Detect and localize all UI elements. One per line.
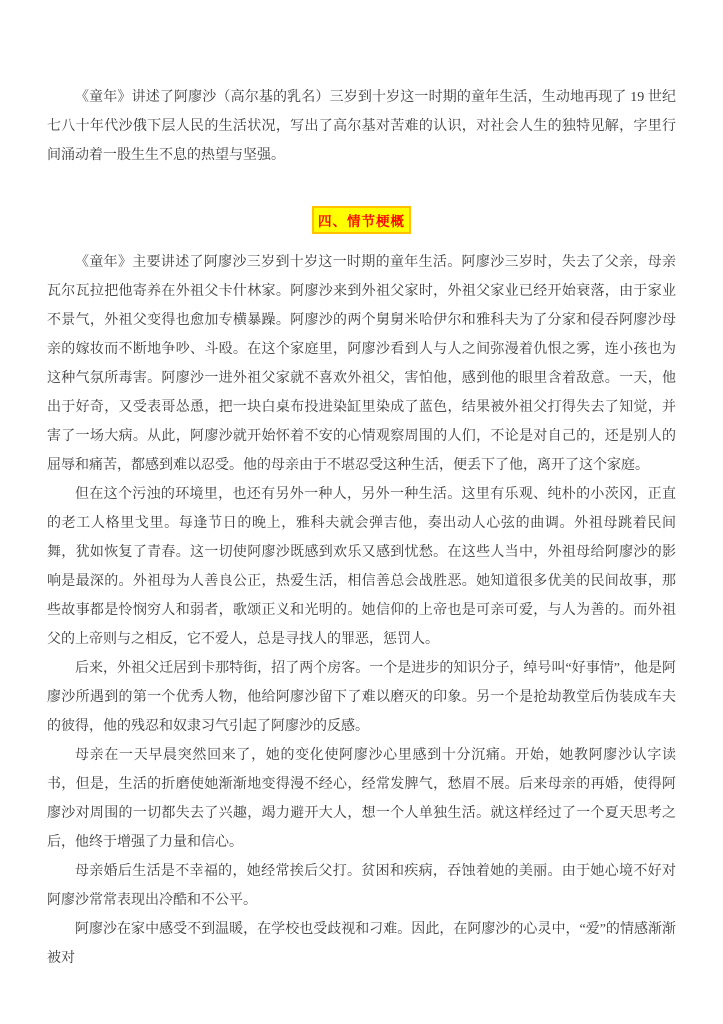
plot-paragraph-mother-marriage: 母亲婚后生活是不幸福的，她经常挨后父打。贫困和疾病，吞蚀着她的美丽。由于她心境不… [47, 857, 676, 915]
plot-paragraph-mother-returns: 母亲在一天早晨突然回来了，她的变化使阿廖沙心里感到十分沉痛。开始，她教阿廖沙认字… [47, 741, 676, 857]
document-page: 《童年》讲述了阿廖沙（高尔基的乳名）三岁到十岁这一时期的童年生活，生动地再现了 … [0, 0, 723, 1024]
section-heading: 四、情节梗概 [312, 206, 411, 234]
section-heading-row: 四、情节梗概 [47, 206, 676, 234]
plot-paragraph-school: 阿廖沙在家中感受不到温暖，在学校也受歧视和刁难。因此，在阿廖沙的心灵中，“爱”的… [47, 915, 676, 973]
plot-paragraph-other-life: 但在这个污浊的环境里，也还有另外一种人，另外一种生活。这里有乐观、纯朴的小茨冈，… [47, 480, 676, 654]
plot-paragraph-lodgers: 后来，外祖父迁居到卡那特街，招了两个房客。一个是进步的知识分子，绰号叫“好事情”… [47, 654, 676, 741]
plot-paragraph-overview: 《童年》主要讲述了阿廖沙三岁到十岁这一时期的童年生活。阿廖沙三岁时，失去了父亲，… [47, 248, 676, 480]
intro-paragraph: 《童年》讲述了阿廖沙（高尔基的乳名）三岁到十岁这一时期的童年生活，生动地再现了 … [47, 83, 676, 170]
